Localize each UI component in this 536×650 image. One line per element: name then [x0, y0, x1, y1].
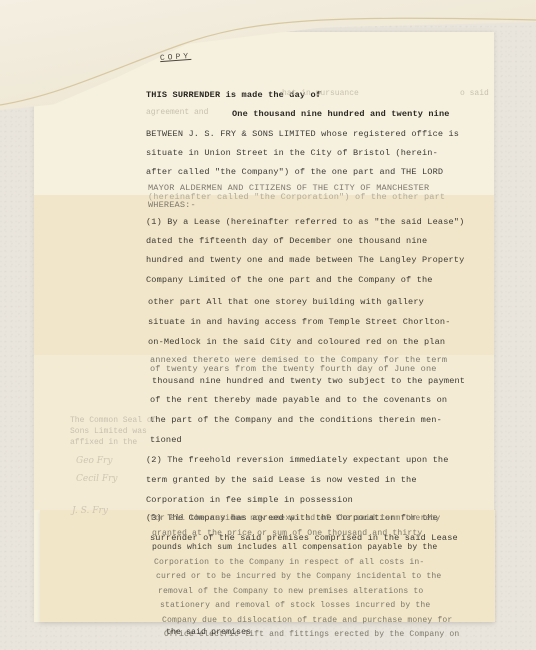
document-line: BETWEEN J. S. FRY & SONS LIMITED whose r… — [146, 129, 459, 139]
document-line: the part of the Company and the conditio… — [150, 415, 442, 425]
document-line: stationery and removal of stock losses i… — [160, 601, 430, 610]
document-line: curred or to be incurred by the Company … — [156, 572, 441, 581]
document-line: (2) The freehold reversion immediately e… — [146, 455, 449, 465]
ghost-text-line1-end: o said — [460, 89, 489, 98]
document-line: for all the residue now unexpired of the… — [150, 514, 440, 523]
document-line: pounds which sum includes all compensati… — [152, 543, 437, 552]
seal-ghost-block: The Common Seal of Sons Limited was affi… — [70, 415, 156, 448]
document-line: on-Medlock in the said City and coloured… — [148, 337, 445, 347]
document-line: Company Limited of the one part and the … — [146, 275, 433, 285]
document-line: after called "the Company") of the one p… — [146, 167, 443, 177]
signature-ghost: Cecil Fry — [76, 474, 118, 484]
document-line: granted at the price or sum of One thous… — [152, 529, 422, 538]
document-line: thousand nine hundred and twenty two sub… — [152, 376, 465, 386]
document-line: of twenty years from the twenty fourth d… — [150, 364, 437, 374]
document-line: WHEREAS:- — [148, 200, 196, 210]
document-line: term granted by the said Lease is now ve… — [146, 475, 417, 485]
document-line: dated the fifteenth day of December one … — [146, 236, 427, 246]
ghost-text-line1: hat in pursuance — [282, 89, 359, 98]
document-line: the said premises — [166, 628, 251, 637]
seal-ghost-line: The Common Seal of — [70, 415, 156, 426]
document-line: hundred and twenty one and made between … — [146, 255, 464, 265]
document-line: One thousand nine hundred and twenty nin… — [232, 109, 450, 119]
signature-ghost: J. S. Fry — [72, 506, 108, 516]
document-line: Corporation in fee simple in possession — [146, 495, 353, 505]
document-line: situate in Union Street in the City of B… — [146, 148, 438, 158]
seal-ghost-line: affixed in the — [70, 437, 156, 448]
document-line: of the rent thereby made payable and to … — [150, 395, 447, 405]
seal-ghost-line: Sons Limited was — [70, 426, 156, 437]
document-line: Company due to dislocation of trade and … — [162, 616, 452, 625]
document-line: (1) By a Lease (hereinafter referred to … — [146, 217, 464, 227]
document-line: removal of the Company to new premises a… — [158, 587, 423, 596]
signature-ghost: Geo Fry — [76, 456, 112, 466]
document-line: other part All that one storey building … — [148, 297, 424, 307]
document-line: situate in and having access from Temple… — [148, 317, 451, 327]
ghost-text-line2: agreement and — [146, 108, 208, 117]
document-line: Corporation to the Company in respect of… — [154, 558, 424, 567]
